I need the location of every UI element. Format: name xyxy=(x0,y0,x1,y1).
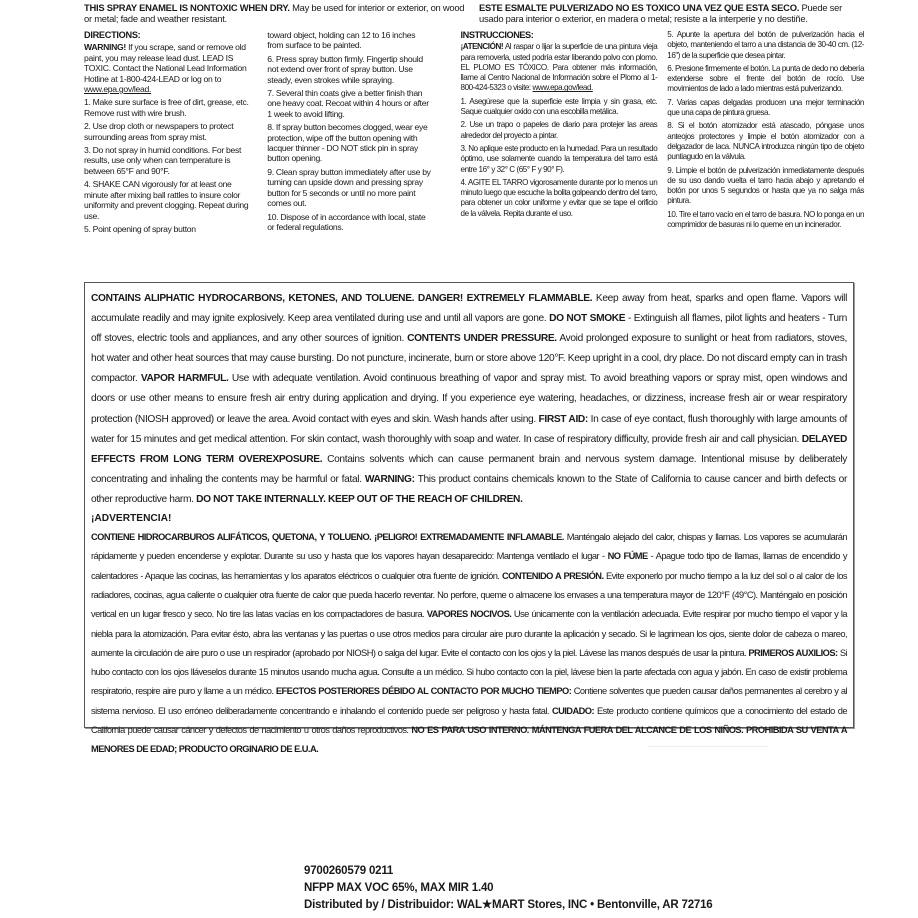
upc-code: 9700260579 0211 xyxy=(304,863,712,880)
instruccion-step: 1. Asegúrese que la superficie este limp… xyxy=(461,97,658,118)
instruccion-step: 6. Presione firmemente el botón. La punt… xyxy=(667,64,864,95)
directions-en-col2: toward object, holding can 12 to 16 inch… xyxy=(267,30,432,237)
header-en-bold: THIS SPRAY ENAMEL IS NONTOXIC WHEN DRY. xyxy=(84,2,290,13)
directions-section: DIRECTIONS: WARNING! If you scrape, sand… xyxy=(84,30,864,237)
instruccion-step: 5. Apunte la apertura del botón de pulve… xyxy=(667,30,864,61)
divider xyxy=(648,746,768,747)
instruccion-step: 4. AGITE EL TARRO vigorosamente durante … xyxy=(461,178,658,219)
warning-bold-phrase: CONTENIDO A PRESIÓN. xyxy=(502,571,603,581)
warning-bold-phrase: PRIMEROS AUXILIOS: xyxy=(748,648,837,658)
instruccion-step: 10. Tire el tarro vacío en el tarro de b… xyxy=(667,210,864,231)
header-es-bold: ESTE ESMALTE PULVERIZADO NO ES TOXICO UN… xyxy=(479,2,799,13)
instrucciones-heading: INSTRUCCIONES: xyxy=(461,30,658,40)
directions-en-col1: DIRECTIONS: WARNING! If you scrape, sand… xyxy=(84,30,249,237)
warning-bold-phrase: VAPORES NOCIVOS. xyxy=(427,609,512,619)
hazard-warning-box: CONTAINS ALIPHATIC HYDROCARBONS, KETONES… xyxy=(84,282,854,728)
direction-step: 3. Do not spray in humid conditions. For… xyxy=(84,145,249,176)
direction-step: toward object, holding can 12 to 16 inch… xyxy=(267,30,432,51)
voc-info: NFPP MAX VOC 65%, MAX MIR 1.40 xyxy=(304,880,712,897)
label-header: THIS SPRAY ENAMEL IS NONTOXIC WHEN DRY. … xyxy=(84,2,864,24)
direction-step: 8. If spray button becomes clogged, wear… xyxy=(267,122,432,164)
warning-bold-phrase: EFECTOS POSTERIORES DÉBIDO AL CONTACTO P… xyxy=(276,686,571,696)
instruccion-step: 9. Limpie el botón de pulverización inme… xyxy=(667,166,864,207)
atencion-warning: ¡ATENCIÓN! Al raspar o lijar la superfic… xyxy=(461,42,658,93)
instruccion-step: 8. Si el botón atomizador está atascado,… xyxy=(667,121,864,162)
warning-bold-phrase: FIRST AID: xyxy=(538,414,588,425)
warning-bold-phrase: CONTENTS UNDER PRESSURE. xyxy=(407,333,557,344)
advertencia-heading: ¡ADVERTENCIA! xyxy=(91,510,847,528)
warning-bold-phrase: DO NOT SMOKE xyxy=(549,313,625,324)
epa-link[interactable]: www.epa.gov/lead. xyxy=(84,84,151,94)
epa-link-es[interactable]: www.epa.gov/lead. xyxy=(533,83,593,92)
warning-bold-phrase: VAPOR HARMFUL. xyxy=(141,373,229,384)
atencion-label: ¡ATENCIÓN! xyxy=(461,42,504,51)
direction-step: 6. Press spray button firmly. Fingertip … xyxy=(267,54,432,85)
warning-bold-phrase: NO FÚME xyxy=(608,551,648,561)
direction-step: 4. SHAKE CAN vigorously for at least one… xyxy=(84,179,249,221)
direction-step: 10. Dispose of in accordance with local,… xyxy=(267,212,432,233)
warning-english: CONTAINS ALIPHATIC HYDROCARBONS, KETONES… xyxy=(91,289,847,510)
direction-step: 2. Use drop cloth or newspapers to prote… xyxy=(84,121,249,142)
label-footer: 9700260579 0211 NFPP MAX VOC 65%, MAX MI… xyxy=(304,863,712,914)
direction-step: 7. Several thin coats give a better fini… xyxy=(267,88,432,119)
direction-step: 5. Point opening of spray button xyxy=(84,224,249,234)
header-spanish: ESTE ESMALTE PULVERIZADO NO ES TOXICO UN… xyxy=(479,2,864,24)
warning-spanish: CONTIENE HIDROCARBUROS ALIFÁTICOS, QUETO… xyxy=(91,528,847,760)
instruccion-step: 7. Varias capas delgadas producen una me… xyxy=(667,98,864,119)
directions-es-col2: 5. Apunte la apertura del botón de pulve… xyxy=(667,30,864,237)
warning-bold-phrase: CUIDADO: xyxy=(552,706,594,716)
instruccion-step: 2. Use un trapo o papeles de diario para… xyxy=(461,120,658,141)
warning-bold-phrase: DO NOT TAKE INTERNALLY. KEEP OUT OF THE … xyxy=(196,494,522,505)
directions-heading: DIRECTIONS: xyxy=(84,30,249,40)
lead-warning: WARNING! If you scrape, sand or remove o… xyxy=(84,42,249,94)
direction-step: 1. Make sure surface is free of dirt, gr… xyxy=(84,97,249,118)
warning-label: WARNING! xyxy=(84,42,126,52)
warning-bold-phrase: WARNING: xyxy=(365,474,415,485)
warning-bold-phrase: CONTIENE HIDROCARBUROS ALIFÁTICOS, QUETO… xyxy=(91,532,564,542)
header-english: THIS SPRAY ENAMEL IS NONTOXIC WHEN DRY. … xyxy=(84,2,469,24)
warning-bold-phrase: CONTAINS ALIPHATIC HYDROCARBONS, KETONES… xyxy=(91,293,592,304)
distributor-info: Distributed by / Distribuidor: WAL★MART … xyxy=(304,897,712,914)
instruccion-step: 3. No aplique este producto en la humeda… xyxy=(461,144,658,175)
directions-es-col1: INSTRUCCIONES: ¡ATENCIÓN! Al raspar o li… xyxy=(461,30,658,237)
direction-step: 9. Clean spray button immediately after … xyxy=(267,167,432,209)
